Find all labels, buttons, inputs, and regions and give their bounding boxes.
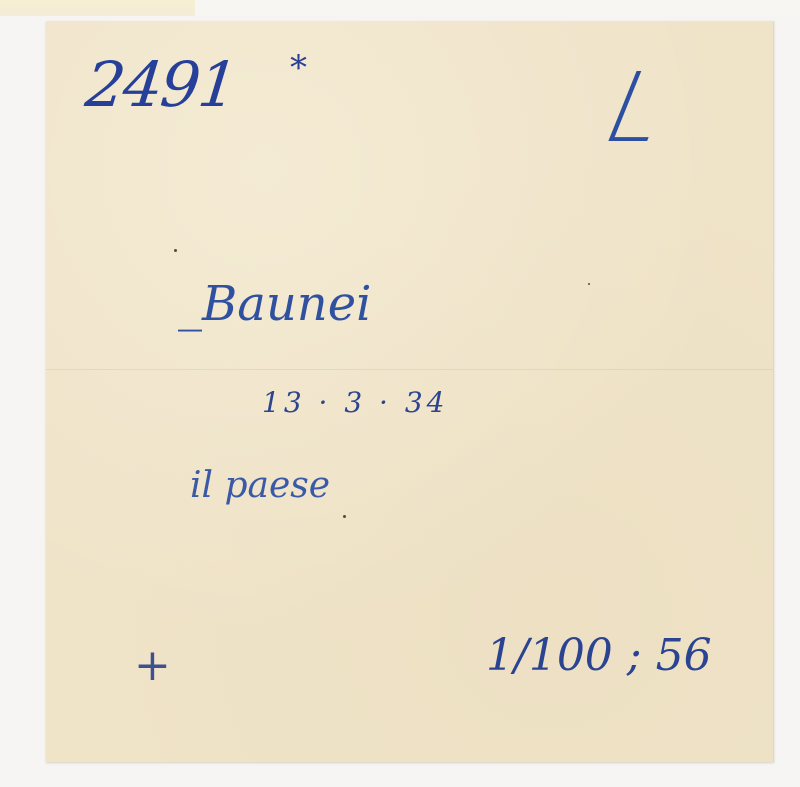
note: il paese [190,465,330,506]
paper-speck [343,515,346,518]
catalog-number: 2491 [82,48,239,121]
fold-line [46,369,773,370]
date: 13 · 3 · 34 [262,386,448,419]
cross-mark: + [134,640,171,691]
paper-speck [174,249,177,252]
place-name: _Baunei [178,276,371,332]
paper-speck [588,283,590,285]
star-icon: * [290,48,307,88]
reference-number: 1/100 ; 56 [486,630,712,681]
background-strip [195,0,800,16]
